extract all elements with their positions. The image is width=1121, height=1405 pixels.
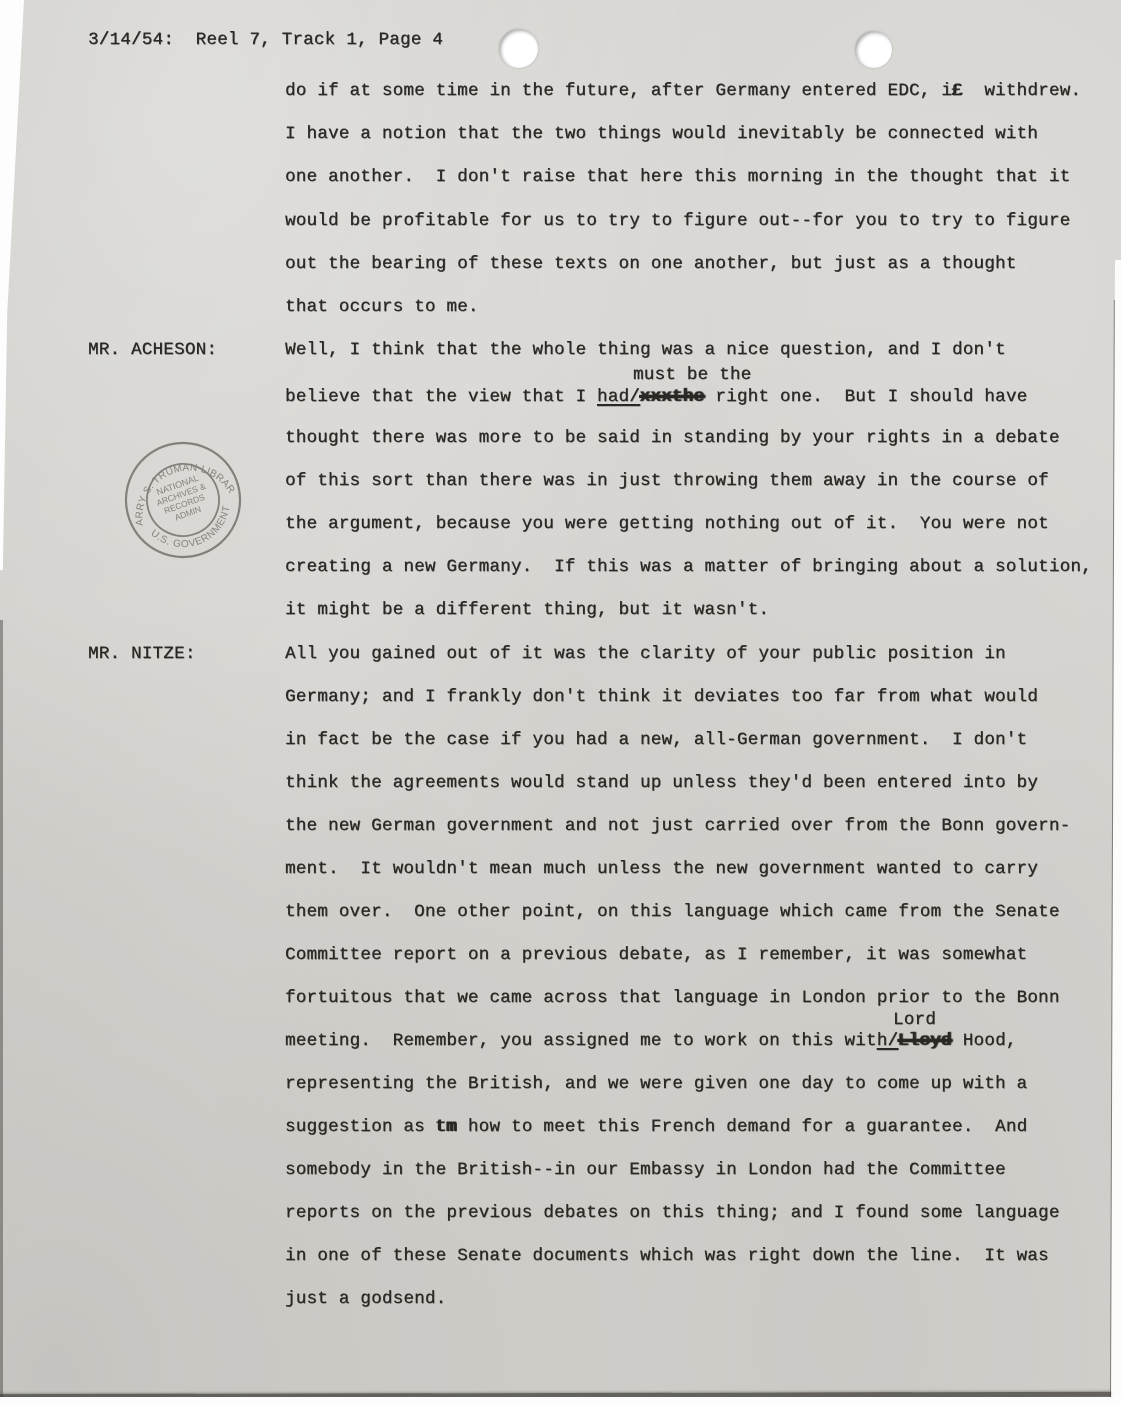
text-segment: representing the British, and we were gi… <box>285 1074 1027 1094</box>
paper-edge-bottom-white <box>0 1397 1121 1405</box>
text-line: somebody in the British--in our Embassy … <box>285 1160 1006 1181</box>
inserted-correction: must be the <box>633 365 751 386</box>
text-segment: tm <box>436 1117 458 1137</box>
text-segment: Germany; and I frankly don't think it de… <box>285 687 1038 707</box>
text-line: reports on the previous debates on this … <box>285 1203 1060 1224</box>
scanned-document-page: 3/14/54: Reel 7, Track 1, Page 4do if at… <box>0 0 1121 1405</box>
text-line: out the bearing of these texts on one an… <box>285 254 1017 275</box>
text-segment: in one of these Senate documents which w… <box>285 1246 1049 1266</box>
text-segment: that occurs to me. <box>285 297 479 317</box>
text-line: of this sort than there was in just thro… <box>285 471 1049 492</box>
text-line: Well, I think that the whole thing was a… <box>285 340 1006 361</box>
text-segment: MR. ACHESON: <box>88 340 217 360</box>
text-line: it might be a different thing, but it wa… <box>285 600 769 621</box>
text-line: the new German government and not just c… <box>285 816 1070 837</box>
text-line: the argument, because you were getting n… <box>285 514 1049 535</box>
text-segment: in fact be the case if you had a new, al… <box>285 730 1027 750</box>
text-line: I have a notion that the two things woul… <box>285 124 1038 145</box>
text-segment: out the bearing of these texts on one an… <box>285 254 1017 274</box>
text-segment: MR. NITZE: <box>88 644 196 664</box>
text-line: that occurs to me. <box>285 297 479 318</box>
text-line: one another. I don't raise that here thi… <box>285 167 1070 188</box>
text-segment: creating a new Germany. If this was a ma… <box>285 557 1092 577</box>
text-segment: the argument, because you were getting n… <box>285 514 1049 534</box>
hole-punch-right-icon <box>855 31 892 68</box>
text-segment: I have a notion that the two things woul… <box>285 124 1038 144</box>
text-segment: must be the <box>633 365 751 385</box>
text-segment: 3/14/54: Reel 7, Track 1, Page 4 <box>88 30 443 50</box>
inserted-correction: Lord <box>893 1010 936 1031</box>
text-segment: right one. But I should have <box>705 387 1028 407</box>
text-line: would be profitable for us to try to fig… <box>285 211 1070 232</box>
text-line: do if at some time in the future, after … <box>285 81 1081 102</box>
text-segment: suggestion as <box>285 1117 436 1137</box>
text-line: just a godsend. <box>285 1289 446 1310</box>
text-segment: think the agreements would stand up unle… <box>285 773 1038 793</box>
text-segment: them over. One other point, on this lang… <box>285 902 1060 922</box>
text-line: in one of these Senate documents which w… <box>285 1246 1049 1267</box>
text-segment: would be profitable for us to try to fig… <box>285 211 1070 231</box>
text-segment: reports on the previous debates on this … <box>285 1203 1060 1223</box>
text-segment: ment. It wouldn't mean much unless the n… <box>285 859 1038 879</box>
text-segment: do if at some time in the future, after … <box>285 81 952 101</box>
text-segment: withdrew. <box>963 81 1081 101</box>
text-line: creating a new Germany. If this was a ma… <box>285 557 1092 578</box>
text-segment: of this sort than there was in just thro… <box>285 471 1049 491</box>
text-line: believe that the view that I had/xxxthe … <box>285 387 1027 408</box>
text-line: meeting. Remember, you assigned me to wo… <box>285 1031 1017 1052</box>
text-line: Committee report on a previous debate, a… <box>285 945 1027 966</box>
text-segment: meeting. Remember, you assigned me to wo… <box>285 1031 877 1051</box>
speaker-label: MR. NITZE: <box>88 644 196 665</box>
text-line: All you gained out of it was the clarity… <box>285 644 1006 665</box>
text-line: thought there was more to be said in sta… <box>285 428 1060 449</box>
paper-edge-left-line <box>0 620 3 1397</box>
text-segment: the new German government and not just c… <box>285 816 1070 836</box>
text-line: think the agreements would stand up unle… <box>285 773 1038 794</box>
underlined-text: h/ <box>877 1031 899 1051</box>
text-line: fortuitous that we came across that lang… <box>285 988 1060 1009</box>
text-segment: one another. I don't raise that here thi… <box>285 167 1070 187</box>
text-segment: it might be a different thing, but it wa… <box>285 600 769 620</box>
text-segment: £ <box>952 81 963 101</box>
text-segment: how to meet this French demand for a gua… <box>457 1117 1027 1137</box>
text-segment: just a godsend. <box>285 1289 446 1309</box>
text-segment: thought there was more to be said in sta… <box>285 428 1060 448</box>
text-segment: Hood, <box>952 1031 1017 1051</box>
struck-out-text: xxxthe <box>640 387 705 407</box>
underlined-text: had/ <box>597 387 640 407</box>
text-segment: Lord <box>893 1010 936 1030</box>
text-line: representing the British, and we were gi… <box>285 1074 1027 1095</box>
text-line: in fact be the case if you had a new, al… <box>285 730 1027 751</box>
text-line: Germany; and I frankly don't think it de… <box>285 687 1038 708</box>
text-segment: All you gained out of it was the clarity… <box>285 644 1006 664</box>
text-line: them over. One other point, on this lang… <box>285 902 1060 923</box>
text-segment: believe that the view that I <box>285 387 597 407</box>
text-segment: Well, I think that the whole thing was a… <box>285 340 1006 360</box>
speaker-label: MR. ACHESON: <box>88 340 217 361</box>
text-segment: somebody in the British--in our Embassy … <box>285 1160 1006 1180</box>
struck-out-text: Lloyd <box>898 1031 952 1051</box>
header-line: 3/14/54: Reel 7, Track 1, Page 4 <box>88 30 443 51</box>
hole-punch-left-icon <box>499 29 538 68</box>
text-line: suggestion as tm how to meet this French… <box>285 1117 1027 1138</box>
text-segment: fortuitous that we came across that lang… <box>285 988 1060 1008</box>
text-line: ment. It wouldn't mean much unless the n… <box>285 859 1038 880</box>
text-segment: Committee report on a previous debate, a… <box>285 945 1027 965</box>
